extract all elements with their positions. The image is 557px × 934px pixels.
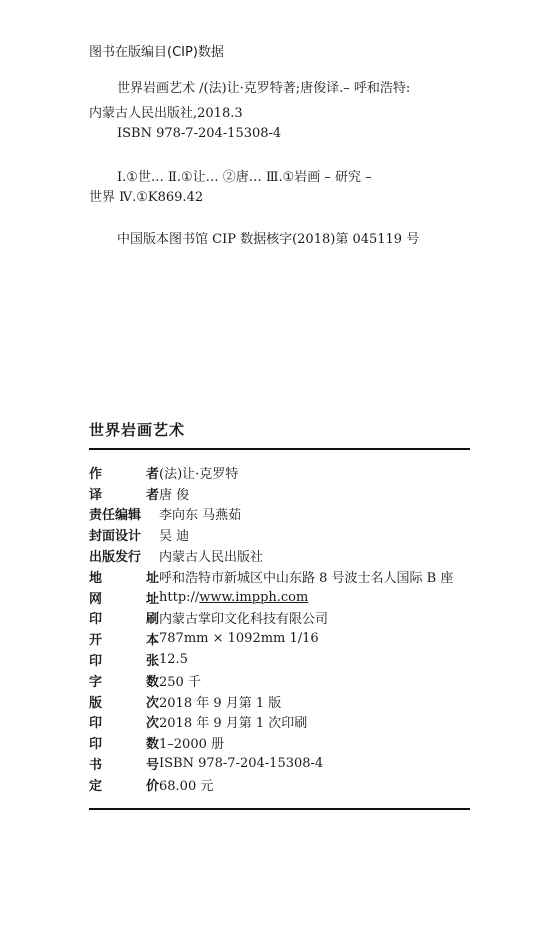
website-link[interactable]: www.impph.com [199,590,308,605]
info-row-sheets: 印张 12.5 [89,649,453,670]
cip-citation-line-2: 内蒙古人民出版社,2018.3 [89,104,243,123]
info-row-print-run: 印数 1–2000 册 [89,732,453,753]
info-row-printing: 印次 2018 年 9 月第 1 次印刷 [89,712,453,733]
label: 开 [89,629,102,648]
info-row-translator: 译者 唐 俊 [89,483,453,504]
cip-citation-line-1: 世界岩画艺术 /(法)让·克罗特著;唐俊译.– 呼和浩特: [117,79,410,98]
author-value: (法)让·克罗特 [159,463,238,482]
label: 刷 [146,608,159,627]
label: 者 [146,463,159,482]
label: 数 [146,671,159,690]
book-title: 世界岩画艺术 [89,419,185,440]
label: 印 [89,733,102,752]
top-divider [89,448,470,450]
url-prefix: http:// [159,590,199,605]
label: 次 [146,712,159,731]
label: 址 [146,567,159,586]
address-value: 呼和浩特市新城区中山东路 8 号波士名人国际 B 座 [159,567,453,586]
cip-heading: 图书在版编目(CIP)数据 [89,41,224,60]
label: 印 [89,650,102,669]
label: 地 [89,567,102,586]
label: 书 [89,754,102,773]
printing-value: 2018 年 9 月第 1 次印刷 [159,712,307,731]
cover-design-value: 吴 迪 [159,525,189,544]
info-row-publisher: 出版发行 内蒙古人民出版社 [89,545,453,566]
label: 张 [146,650,159,669]
cip-isbn-line: ISBN 978-7-204-15308-4 [117,124,281,143]
translator-value: 唐 俊 [159,484,189,503]
label: 网 [89,588,102,607]
cip-subject-line-1: Ⅰ.①世… Ⅱ.①让… ②唐… Ⅲ.①岩画 – 研究 – [117,168,372,187]
label: 印 [89,608,102,627]
isbn-value: ISBN 978-7-204-15308-4 [159,756,323,771]
publisher-value: 内蒙古人民出版社 [159,546,263,565]
sheets-value: 12.5 [159,652,188,667]
label: 者 [146,484,159,503]
info-row-price: 定价 68.00 元 [89,774,453,795]
cip-subject-line-2: 世界 Ⅳ.①K869.42 [89,188,203,207]
cip-record-number: 中国版本图书馆 CIP 数据核字(2018)第 045119 号 [117,230,419,249]
info-row-printer: 印刷 内蒙古掌印文化科技有限公司 [89,608,453,629]
label: 作 [89,463,102,482]
label: 封面设计 [89,525,141,544]
label: 数 [146,733,159,752]
label: 本 [146,629,159,648]
label: 址 [146,588,159,607]
info-row-isbn: 书号 ISBN 978-7-204-15308-4 [89,753,453,774]
format-value: 787mm × 1092mm 1/16 [159,631,319,646]
info-row-word-count: 字数 250 千 [89,670,453,691]
label: 出版发行 [89,546,141,565]
label: 责任编辑 [89,504,141,523]
info-row-address: 地址 呼和浩特市新城区中山东路 8 号波士名人国际 B 座 [89,566,453,587]
price-value: 68.00 元 [159,775,213,794]
info-row-author: 作者 (法)让·克罗特 [89,462,453,483]
label: 版 [89,692,102,711]
publication-info-table: 作者 (法)让·克罗特 译者 唐 俊 责任编辑 李向东 马燕茹 封面设计 吴 迪… [89,462,453,795]
info-row-format: 开本 787mm × 1092mm 1/16 [89,628,453,649]
word-count-value: 250 千 [159,671,201,690]
label: 次 [146,692,159,711]
info-row-edition: 版次 2018 年 9 月第 1 版 [89,691,453,712]
print-run-value: 1–2000 册 [159,733,224,752]
label: 译 [89,484,102,503]
label: 号 [146,754,159,773]
label: 字 [89,671,102,690]
info-row-editor: 责任编辑 李向东 马燕茹 [89,504,453,525]
label: 印 [89,712,102,731]
bottom-divider [89,808,470,810]
info-row-website: 网址 http://www.impph.com [89,587,453,608]
printer-value: 内蒙古掌印文化科技有限公司 [159,608,328,627]
edition-value: 2018 年 9 月第 1 版 [159,692,281,711]
website-value: http://www.impph.com [159,590,308,605]
editor-value: 李向东 马燕茹 [159,504,241,523]
label: 价 [146,775,159,794]
label: 定 [89,775,102,794]
info-row-cover-design: 封面设计 吴 迪 [89,524,453,545]
